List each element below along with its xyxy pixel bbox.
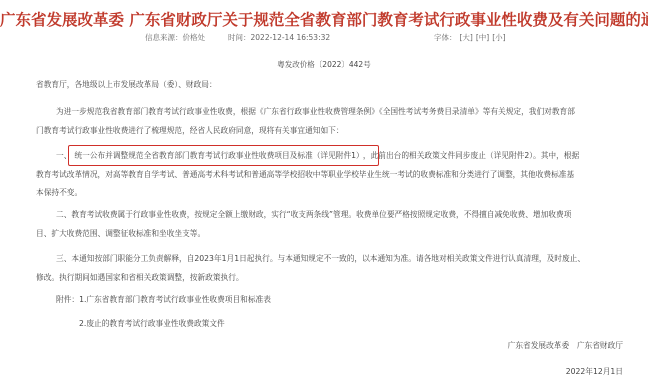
paragraph-1-prefix: 一、 (56, 151, 71, 160)
paragraph-1-highlighted-text: 统一公布并调整规范全省教育部门教育考试行政事业性收费项目及标准（详见附件1） (74, 151, 359, 160)
font-size-controls: 字体：[大][中][小] (434, 32, 506, 43)
paragraph-1-line2: 教育考试改革情况，对高等教育自学考试、普通高考术科考试和普通高等学校招收中等职业… (36, 169, 574, 181)
source-info: 信息来源：价格处 (145, 32, 205, 43)
document-number: 粤发改价格〔2022〕442号 (0, 59, 648, 70)
signature-issuers: 广东省发展改革委 广东省财政厅 (508, 340, 623, 352)
paragraph-1-line3: 本保持不变。 (36, 187, 82, 199)
paragraph-3-line2: 修改。执行期间如遇国家和省相关政策调整，按新政策执行。 (36, 272, 244, 284)
paragraph-3-line1: 三、本通知按部门职能分工负责解释，自2023年1月1日起执行。与本通知规定不一致… (56, 253, 585, 265)
paragraph-1-line1: 一、统一公布并调整规范全省教育部门教育考试行政事业性收费项目及标准（详见附件1）… (56, 150, 579, 162)
signature-date: 2022年12月1日 (566, 366, 623, 378)
paragraph-2-line1: 二、教育考试收费属于行政事业性收费，按规定全额上缴财政，实行“收支两条线”管理。… (56, 209, 571, 221)
font-size-medium-button[interactable]: [中] (476, 33, 489, 42)
paragraph-2-line2: 目、扩大收费范围、调整征收标准和坐收坐支等。 (36, 228, 205, 240)
font-size-label: 字体： (434, 33, 457, 42)
article-title: 广东省发展改革委 广东省财政厅关于规范全省教育部门教育考试行政事业性收费及有关问… (0, 8, 648, 30)
intro-paragraph-line1: 为进一步规范我省教育部门教育考试行政事业性收费，根据《广东省行政事业性收费管理条… (56, 106, 575, 118)
addressee: 省教育厅，各地级以上市发展改革局（委）、财政局： (36, 79, 217, 91)
intro-paragraph-line2: 门教育考试行政事业性收费进行了梳理规范，经省人民政府同意，现将有关事宜通知如下： (36, 125, 344, 137)
font-size-small-button[interactable]: [小] (492, 33, 505, 42)
publish-time: 时间：2022-12-14 16:53:32 (228, 32, 330, 43)
attachment-1: 附件：1.广东省教育部门教育考试行政事业性收费项目和标准表 (56, 294, 271, 306)
font-size-large-button[interactable]: [大] (460, 33, 473, 42)
paragraph-1-rest: ，此前出台的相关政策文件同步废止（详见附件2）。其中，根据 (363, 151, 579, 160)
attachment-2: 2.废止的教育考试行政事业性收费政策文件 (79, 318, 225, 330)
